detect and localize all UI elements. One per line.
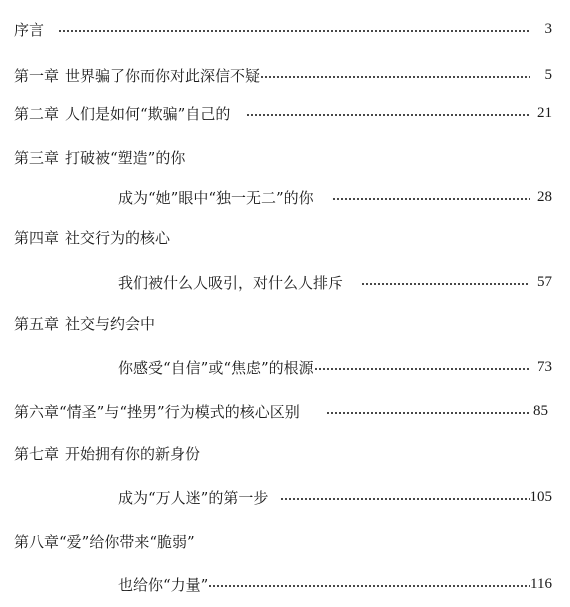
page-number: 116 (530, 576, 552, 593)
entry-title: 成为“万人迷”的第一步 (118, 487, 268, 508)
chapter-number: 第八章 (14, 531, 59, 552)
dot-leader (260, 76, 530, 78)
page-number: 105 (530, 489, 553, 506)
page-number: 21 (537, 105, 552, 122)
chapter-number: 第六章 (14, 401, 59, 422)
entry-title: 你感受“自信”或“焦虑”的根源 (118, 357, 314, 378)
toc-entry-chapter-3[interactable]: 第三章 打破被“塑造”的你 (14, 146, 570, 168)
toc-entry-chapter-2[interactable]: 第二章 人们是如何“欺骗”自己的 21 (14, 102, 570, 124)
toc-subentry-chapter-3[interactable]: 成为“她”眼中“独一无二”的你 28 (118, 186, 570, 208)
dot-leader (314, 368, 530, 370)
toc-entry-chapter-4[interactable]: 第四章 社交行为的核心 (14, 226, 570, 248)
table-of-contents: 序言 3 第一章 世界骗了你而你对此深信不疑 5 第二章 人们是如何“欺骗”自己… (0, 0, 570, 607)
toc-subentry-chapter-7[interactable]: 成为“万人迷”的第一步 105 (118, 486, 570, 508)
entry-title: “情圣”与“挫男”行为模式的核心区别 (59, 401, 300, 422)
dot-leader (208, 585, 530, 587)
dot-leader (58, 30, 530, 32)
toc-subentry-chapter-4[interactable]: 我们被什么人吸引，对什么人排斥 57 (118, 271, 570, 293)
dot-leader (332, 198, 530, 200)
dot-leader (361, 283, 530, 285)
entry-title: 我们被什么人吸引，对什么人排斥 (118, 272, 343, 293)
entry-title: 社交与约会中 (65, 313, 155, 334)
chapter-number: 第五章 (14, 313, 59, 334)
page-number: 28 (537, 189, 552, 206)
chapter-number: 第三章 (14, 147, 59, 168)
entry-title: 世界骗了你而你对此深信不疑 (65, 65, 260, 86)
entry-title: 也给你“力量” (118, 574, 208, 595)
entry-title: 序言 (14, 19, 44, 40)
page-number: 5 (545, 67, 553, 84)
entry-title: 成为“她”眼中“独一无二”的你 (118, 187, 314, 208)
chapter-number: 第七章 (14, 443, 59, 464)
dot-leader (246, 114, 530, 116)
page-number: 3 (545, 21, 553, 38)
page-number: 85 (533, 403, 548, 420)
entry-title: 社交行为的核心 (65, 227, 170, 248)
chapter-number: 第二章 (14, 103, 59, 124)
dot-leader (326, 412, 530, 414)
entry-title: “爱”给你带来“脆弱” (59, 531, 195, 552)
toc-entry-chapter-6[interactable]: 第六章 “情圣”与“挫男”行为模式的核心区别 85 (14, 400, 570, 422)
toc-entry-chapter-8[interactable]: 第八章 “爱”给你带来“脆弱” (14, 530, 570, 552)
toc-subentry-chapter-8[interactable]: 也给你“力量” 116 (118, 573, 570, 595)
entry-title: 人们是如何“欺骗”自己的 (65, 103, 230, 124)
chapter-number: 第四章 (14, 227, 59, 248)
toc-entry-chapter-7[interactable]: 第七章 开始拥有你的新身份 (14, 442, 570, 464)
chapter-number: 第一章 (14, 65, 59, 86)
toc-entry-chapter-5[interactable]: 第五章 社交与约会中 (14, 312, 570, 334)
entry-title: 开始拥有你的新身份 (65, 443, 200, 464)
page-number: 73 (537, 359, 552, 376)
dot-leader (280, 498, 530, 500)
page-number: 57 (537, 274, 552, 291)
toc-entry-preface[interactable]: 序言 3 (14, 18, 570, 40)
toc-subentry-chapter-5[interactable]: 你感受“自信”或“焦虑”的根源 73 (118, 356, 570, 378)
entry-title: 打破被“塑造”的你 (65, 147, 185, 168)
toc-entry-chapter-1[interactable]: 第一章 世界骗了你而你对此深信不疑 5 (14, 64, 570, 86)
